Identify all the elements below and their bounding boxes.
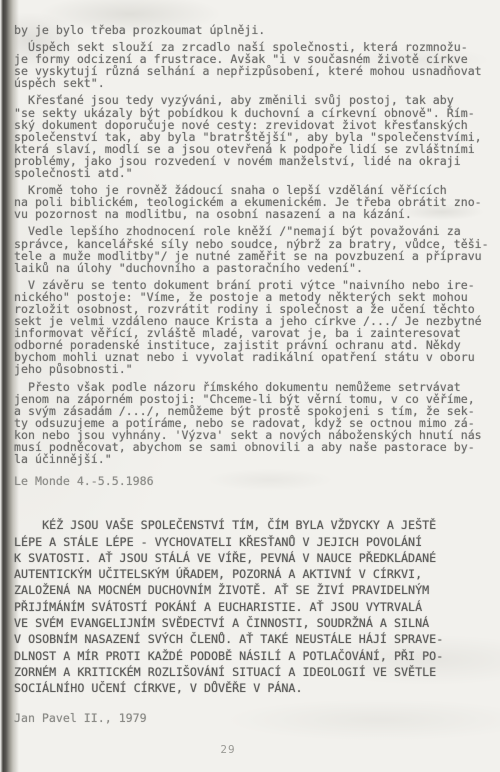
papal-quote: KÉŽ JSOU VAŠE SPOLEČENSTVÍ TÍM, ČÍM BYLA… bbox=[14, 517, 494, 696]
source-citation: Le Monde 4.-5.5.1986 bbox=[14, 475, 494, 487]
body-paragraph-continuation: by je bylo třeba prozkoumat úplněji. bbox=[14, 24, 494, 36]
body-paragraph: Vedle lepšího zhodnocení role kněží /"ne… bbox=[14, 225, 494, 273]
body-paragraph: Přesto však podle názoru římského dokume… bbox=[14, 381, 494, 466]
body-paragraph: V závěru se tento dokument brání proti v… bbox=[14, 279, 494, 376]
body-paragraph: Křesťané jsou tedy vyzýváni, aby změnili… bbox=[14, 94, 494, 179]
page-text-block: by je bylo třeba prozkoumat úplněji. Úsp… bbox=[14, 24, 494, 756]
quote-attribution: Jan Pavel II., 1979 bbox=[14, 711, 494, 725]
body-paragraph: Kromě toho je rovněž žádoucí snaha o lep… bbox=[14, 184, 494, 220]
body-paragraph: Úspěch sekt slouží za zrcadlo naší spole… bbox=[14, 41, 494, 89]
scanned-document-page: by je bylo třeba prozkoumat úplněji. Úsp… bbox=[0, 0, 500, 772]
page-number: 29 bbox=[14, 743, 494, 756]
